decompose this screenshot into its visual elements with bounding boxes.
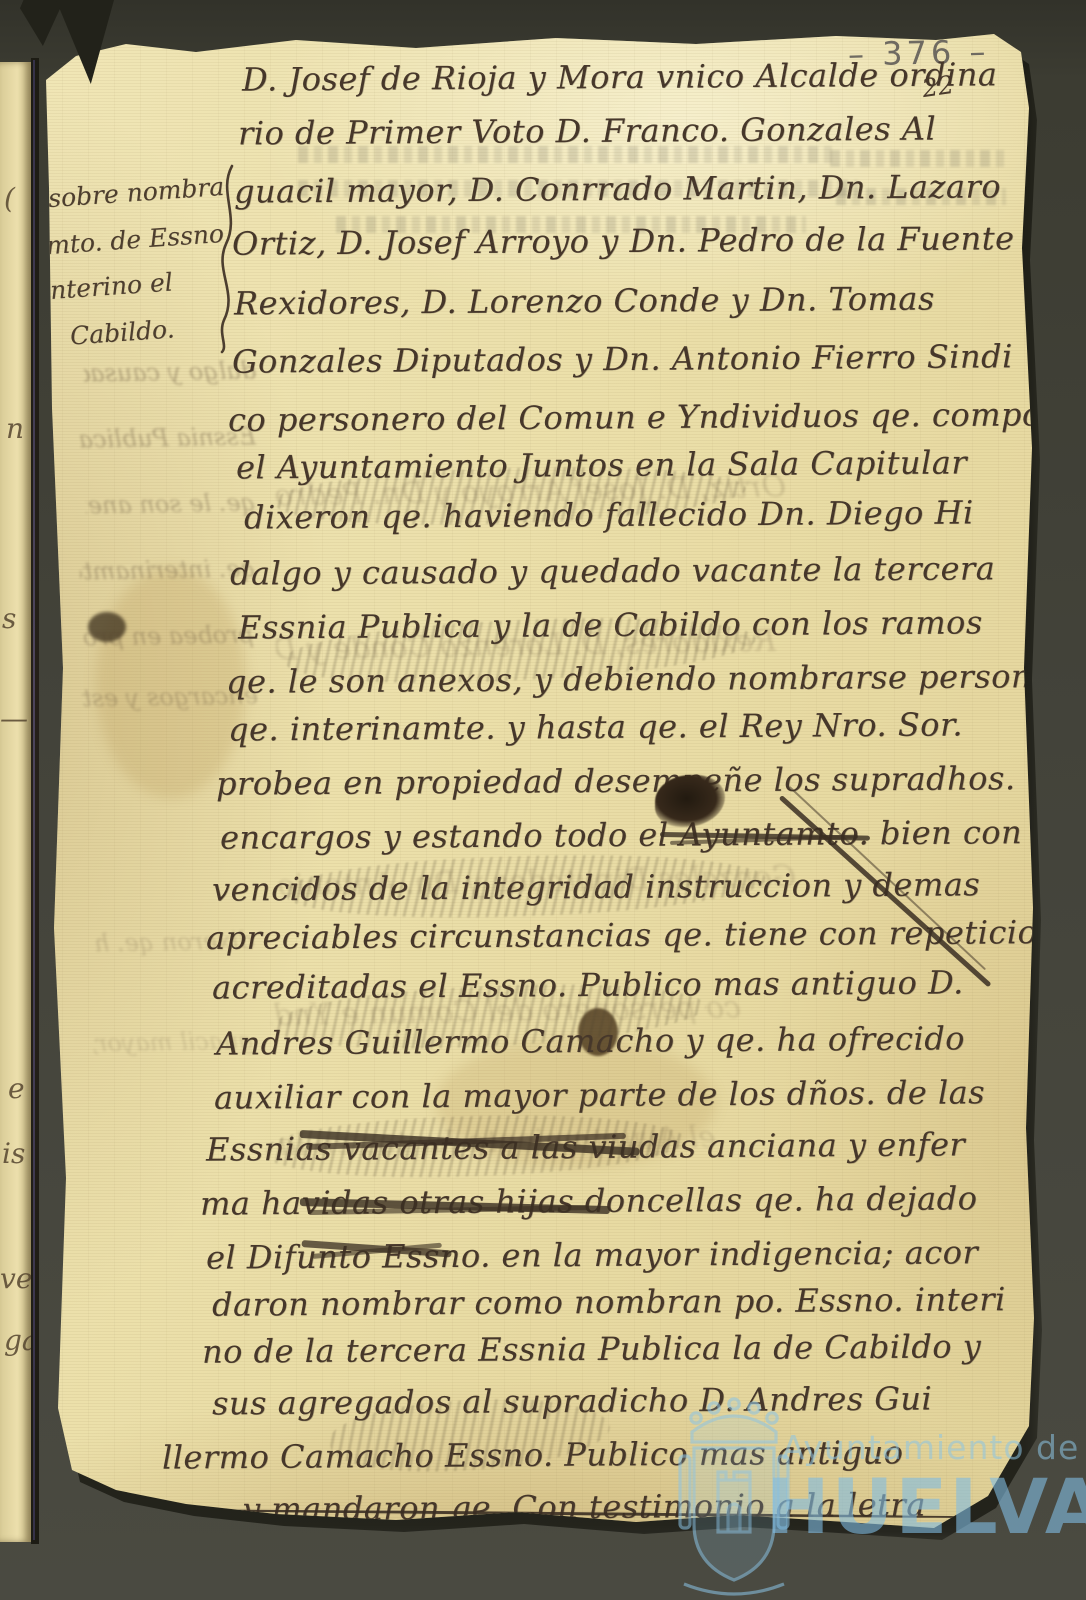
adjacent-page-fragment: n bbox=[6, 412, 24, 445]
bleedthrough-text: dalgo y causado y quedado vacante la ter… bbox=[84, 357, 256, 388]
manuscript-page-content: – 376 – 22 sobre nombra mto. de Essno in… bbox=[36, 28, 1036, 1533]
adjacent-page-fragment: ve bbox=[0, 1262, 31, 1295]
manuscript-line-9: dixeron qe. haviendo fallecido Dn. Diego… bbox=[244, 493, 974, 536]
margin-note-line: Cabildo. bbox=[69, 314, 175, 350]
manuscript-line-7: co personero del Comun e Yndividuos qe. … bbox=[228, 395, 1036, 439]
manuscript-line-17: apreciables circunstancias qe. tiene con… bbox=[206, 913, 1036, 957]
manuscript-line-6: Gonzales Diputados y Dn. Antonio Fierro … bbox=[232, 337, 1013, 380]
bleedthrough-text: qe. le son anexos, y debiendo nombrarse … bbox=[86, 489, 256, 520]
bleedthrough-text: probea en propiedad desempeñe los suprad… bbox=[84, 621, 254, 652]
manuscript-line-2: rio de Primer Voto D. Franco. Gonzales A… bbox=[238, 110, 936, 153]
manuscript-line-12: qe. le son anexos, y debiendo nombrarse … bbox=[226, 657, 1036, 701]
manuscript-line-18: acreditadas el Essno. Publico mas antigu… bbox=[212, 963, 964, 1006]
manuscript-line-10: dalgo y causado y quedado vacante la ter… bbox=[230, 549, 996, 592]
margin-note-line: interino el bbox=[41, 267, 173, 305]
manuscript-line-14: probea en propiedad desempeñe los suprad… bbox=[216, 759, 1016, 803]
print-bleed-ghost bbox=[830, 150, 1010, 167]
adjacent-page-fragment: ga bbox=[4, 1324, 31, 1357]
manuscript-line-20: auxiliar con la mayor parte de los dños.… bbox=[214, 1073, 985, 1116]
manuscript-line-19: Andres Guillermo Camacho y qe. ha ofreci… bbox=[216, 1019, 965, 1062]
adjacent-page-fragment: e bbox=[8, 1072, 25, 1105]
binding-wedge-left bbox=[20, 0, 64, 46]
manuscript-line-27: llermo Camacho Essno. Publico mas antigu… bbox=[162, 1433, 904, 1476]
adjacent-page-fragment: — bbox=[0, 702, 28, 735]
manuscript-line-5: Rexidores, D. Lorenzo Conde y Dn. Tomas bbox=[234, 280, 935, 323]
adjacent-page-fragment: is bbox=[2, 1137, 25, 1170]
manuscript-line-24: daron nombrar como nombran po. Essno. in… bbox=[212, 1280, 1006, 1324]
manuscript-line-26: sus agregados al supradicho D. Andres Gu… bbox=[212, 1379, 932, 1422]
manuscript-line-13: qe. interinamte. y hasta qe. el Rey Nro.… bbox=[228, 705, 963, 748]
margin-note-line: sobre nombra bbox=[47, 172, 225, 213]
manuscript-line-15: encargos y estando todo el Ayuntamto. bi… bbox=[220, 813, 1022, 857]
manuscript-line-1: D. Josef de Rioja y Mora vnico Alcalde o… bbox=[242, 55, 998, 98]
manuscript-line-11: Essnia Publica y la de Cabildo con los r… bbox=[238, 603, 983, 646]
adjacent-page-fragment: s bbox=[2, 602, 16, 635]
manuscript-line-25: no de la tercera Essnia Publica la de Ca… bbox=[202, 1327, 982, 1370]
page-gutter-highlight bbox=[33, 60, 35, 1540]
adjacent-page-strip: (ns—eisvega bbox=[0, 62, 31, 1542]
margin-note-line: mto. de Essno bbox=[45, 219, 225, 260]
scanned-manuscript-scene: (ns—eisvega – 376 – 22 sobre nombra mto.… bbox=[0, 0, 1086, 1600]
manuscript-line-8: el Ayuntamiento Juntos en la Sala Capitu… bbox=[236, 443, 967, 486]
adjacent-page-fragment: ( bbox=[4, 182, 15, 215]
manuscript-line-4: Ortiz, D. Josef Arroyo y Dn. Pedro de la… bbox=[232, 219, 1015, 262]
manuscript-line-3: guacil mayor, D. Conrrado Martin, Dn. La… bbox=[234, 167, 1001, 210]
